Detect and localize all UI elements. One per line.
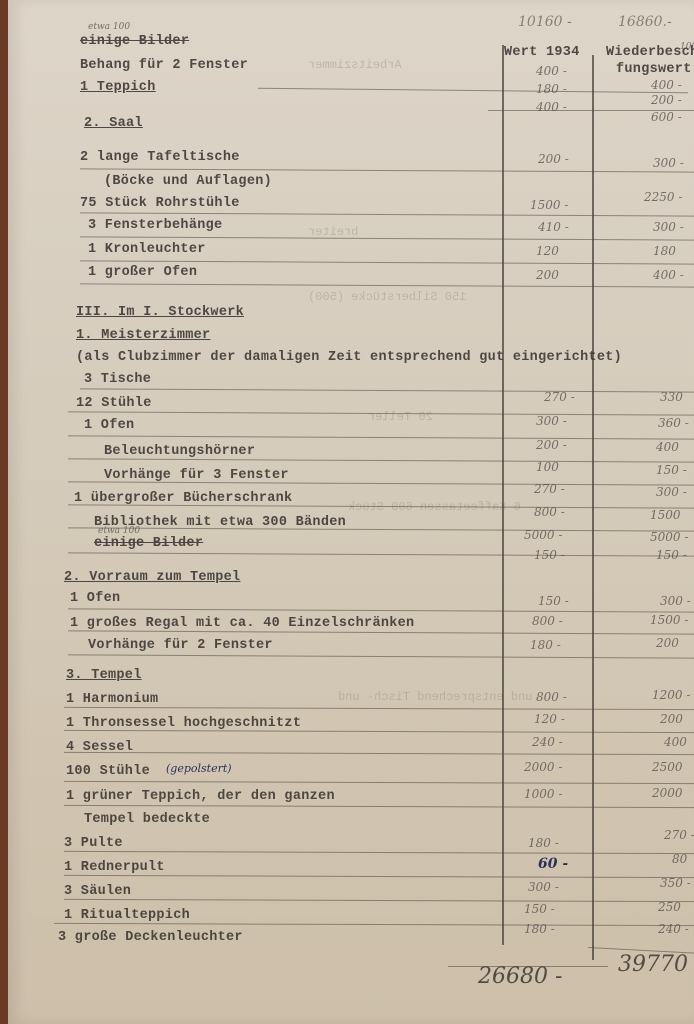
row-line	[68, 458, 694, 462]
grand-total-wiederbeschaffung: 39770	[618, 952, 688, 977]
wieder-value: 300 -	[656, 485, 687, 499]
wieder-value: 400 -	[653, 268, 684, 282]
carry-total-wert: 10160 -	[518, 14, 572, 30]
row-line	[80, 388, 694, 392]
wieder-value: 400	[656, 440, 679, 454]
document-page: Arbeitszimmer breiter 150 Silberstücke (…	[8, 0, 694, 1024]
bleed-through-text: 150 Silberstücke (500)	[308, 290, 466, 304]
wieder-value: 150 -	[656, 463, 687, 477]
row-line	[80, 212, 694, 216]
wert-value: 60 -	[538, 856, 568, 872]
wert-value: 180 -	[524, 922, 555, 936]
item-thronsessel: 1 Thronsessel hochgeschnitzt	[66, 716, 301, 731]
wieder-value: 200	[660, 712, 683, 726]
row-line	[64, 899, 694, 902]
wert-value: 180 -	[536, 82, 567, 96]
row-line	[54, 923, 694, 926]
section-heading-saal: 2. Saal	[84, 116, 143, 131]
row-line	[64, 730, 694, 733]
wert-value: 5000 -	[524, 528, 562, 542]
bleed-through-text: Arbeitszimmer	[308, 58, 402, 72]
row-line	[68, 608, 694, 612]
row-line	[64, 875, 694, 878]
item-fensterbehaenge: 3 Fensterbehänge	[88, 218, 222, 233]
item-regal: 1 großes Regal mit ca. 40 Einzelschränke…	[70, 616, 414, 631]
item-beleuchtungshoerner: Beleuchtungshörner	[104, 444, 255, 459]
wert-value: 200 -	[536, 438, 567, 452]
wieder-value: 200	[656, 636, 679, 650]
wert-value: 270 -	[534, 482, 565, 496]
wert-value: 200 -	[538, 152, 569, 166]
row-line	[64, 781, 694, 784]
wert-value: 240 -	[532, 735, 563, 749]
wieder-value: 330	[660, 390, 683, 404]
wieder-value: 400	[664, 735, 687, 749]
wert-value: 400 -	[536, 100, 567, 114]
item-grosser-ofen: 1 großer Ofen	[88, 265, 197, 280]
handwritten-annotation: (gepolstert)	[166, 762, 232, 775]
wieder-value: 200 -	[651, 93, 682, 107]
wert-value: 800 -	[532, 614, 563, 628]
item-tische: 3 Tische	[84, 372, 151, 387]
wieder-value: 180	[653, 244, 676, 258]
wert-value: 270 -	[544, 390, 575, 404]
row-line	[80, 236, 694, 240]
wert-value: 180 -	[530, 638, 561, 652]
wert-value: 800 -	[536, 690, 567, 704]
item-100-stuehle: 100 Stühle	[66, 764, 150, 779]
item-pulte: 3 Pulte	[64, 836, 123, 851]
wieder-value: 300 -	[653, 156, 684, 170]
item-rednerpult: 1 Rednerpult	[64, 860, 165, 875]
row-line	[68, 481, 694, 485]
row-line	[68, 435, 694, 439]
row-line	[80, 168, 694, 172]
wert-value: 120 -	[534, 712, 565, 726]
row-line	[64, 707, 694, 710]
row-line	[488, 110, 694, 111]
item-vorhaenge-2: Vorhänge für 2 Fenster	[88, 638, 273, 653]
wieder-value: 250	[658, 900, 681, 914]
wert-value: 150 -	[538, 594, 569, 608]
wert-value: 800 -	[534, 505, 565, 519]
item-ofen: 1 Ofen	[84, 418, 134, 433]
wieder-value: 2500	[652, 760, 683, 774]
item-ritualteppich: 1 Ritualteppich	[64, 908, 190, 923]
wert-value: 1000 -	[524, 787, 562, 801]
item-gruener-teppich: 1 grüner Teppich, der den ganzen	[66, 789, 335, 804]
row-line	[64, 805, 694, 808]
grand-total-wert-1934: 26680 -	[478, 964, 562, 989]
wert-value: 2000 -	[524, 760, 562, 774]
header-annotation: 100	[680, 42, 694, 52]
row-line	[80, 283, 694, 287]
row-line	[258, 88, 688, 94]
row-line	[68, 654, 694, 658]
wieder-value: 300 -	[653, 220, 684, 234]
item-einige-bilder: einige Bilder	[80, 34, 189, 49]
section-heading-meisterzimmer: 1. Meisterzimmer	[76, 328, 210, 343]
item-tempel-bedeckte: Tempel bedeckte	[84, 812, 210, 827]
item-saeulen: 3 Säulen	[64, 884, 131, 899]
wieder-value: 240 -	[658, 922, 689, 936]
item-teppich: 1 Teppich	[80, 80, 156, 95]
wert-value: 120	[536, 244, 559, 258]
section-heading-tempel: 3. Tempel	[66, 668, 142, 683]
item-deckenleuchter: 3 große Deckenleuchter	[58, 930, 243, 945]
item-tafeltische: 2 lange Tafeltische	[80, 150, 240, 165]
item-boecke: (Böcke und Auflagen)	[104, 174, 272, 189]
wert-value: 1500 -	[530, 198, 568, 212]
handwritten-annotation: etwa 100	[88, 22, 130, 32]
column-header-wert-1934: Wert 1934	[504, 45, 580, 60]
row-line	[80, 260, 694, 264]
item-behang: Behang für 2 Fenster	[80, 58, 248, 73]
wert-value: 150 -	[524, 902, 555, 916]
item-rohrstuehle: 75 Stück Rohrstühle	[80, 196, 240, 211]
column-header-wiederbeschaffung-2: fungswert	[616, 62, 692, 77]
row-line	[64, 851, 694, 854]
item-clubzimmer-note: (als Clubzimmer der damaligen Zeit entsp…	[76, 350, 622, 365]
wert-value: 410 -	[538, 220, 569, 234]
item-stuehle: 12 Stühle	[76, 396, 152, 411]
wieder-value: 2000	[652, 786, 683, 800]
section-heading-stockwerk: III. Im I. Stockwerk	[76, 305, 244, 320]
wieder-value: 400 -	[651, 78, 682, 92]
wieder-value: 600 -	[651, 110, 682, 124]
wieder-value: 2250 -	[644, 190, 682, 204]
wieder-value: 300 -	[660, 594, 691, 608]
wieder-value: 5000 -	[650, 530, 688, 544]
row-line	[64, 752, 694, 755]
wert-value: 180 -	[528, 836, 559, 850]
wieder-value: 360 -	[658, 416, 689, 430]
section-heading-vorraum: 2. Vorraum zum Tempel	[64, 570, 240, 585]
item-kronleuchter: 1 Kronleuchter	[88, 242, 206, 257]
wieder-value: 1500 -	[650, 613, 688, 627]
handwritten-annotation: etwa 100	[98, 526, 140, 536]
item-harmonium: 1 Harmonium	[66, 692, 158, 707]
wert-value: 300 -	[528, 880, 559, 894]
wieder-value: 1200 -	[652, 688, 690, 702]
wert-value: 100	[536, 460, 559, 474]
column-divider-left	[502, 45, 504, 945]
wieder-value: 80	[672, 852, 687, 866]
row-line	[68, 552, 694, 556]
wert-value: 200	[536, 268, 559, 282]
wert-value: 400 -	[536, 64, 567, 78]
item-ofen-vorraum: 1 Ofen	[70, 591, 120, 606]
carry-total-wieder: 16860.-	[618, 14, 672, 30]
wieder-value: 270 -	[664, 828, 694, 842]
wieder-value: 1500	[650, 508, 681, 522]
item-einige-bilder-2: einige Bilder	[94, 536, 203, 551]
wert-value: 300 -	[536, 414, 567, 428]
wieder-value: 350 -	[660, 876, 691, 890]
